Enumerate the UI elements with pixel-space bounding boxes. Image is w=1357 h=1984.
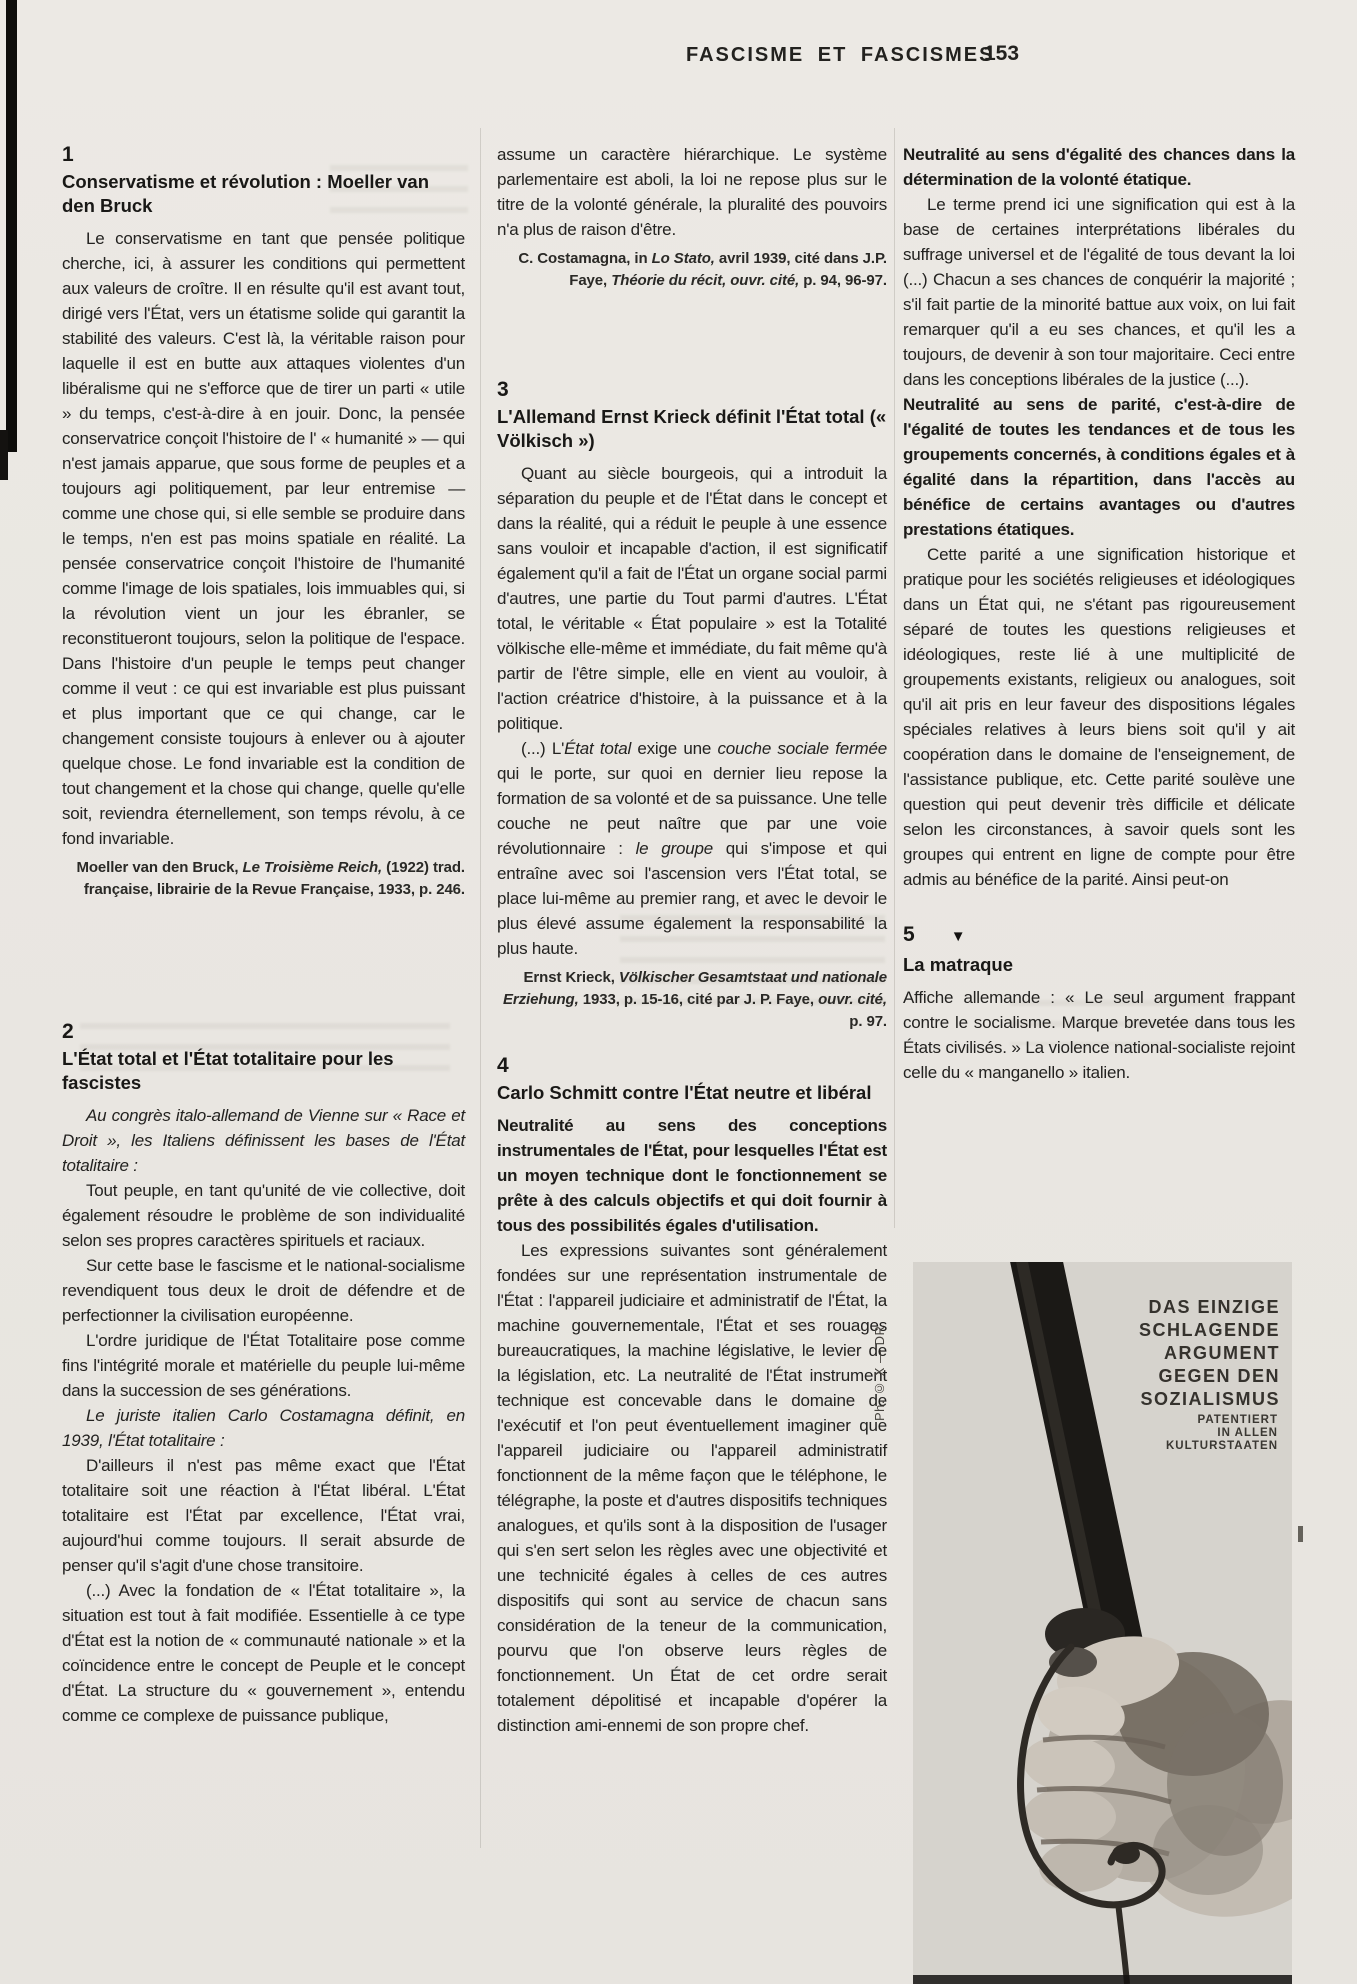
section-title: Conservatisme et révolution : Moeller va… (62, 170, 465, 218)
section-number: 1 (62, 142, 465, 167)
citation: C. Costamagna, in Lo Stato, avril 1939, … (497, 248, 887, 292)
paragraph: Quant au siècle bourgeois, qui a introdu… (497, 461, 887, 736)
section-4-continued: Neutralité au sens d'égalité des chances… (903, 142, 1295, 892)
section-number: 3 (497, 377, 887, 402)
paragraph: Sur cette base le fascisme et le nationa… (62, 1253, 465, 1328)
section-title: L'Allemand Ernst Krieck définit l'État t… (497, 405, 887, 453)
column-2: assume un caractère hiérarchique. Le sys… (497, 142, 887, 1738)
section-number: 5 (903, 922, 915, 947)
citation: Ernst Krieck, Völkischer Gesamtstaat und… (497, 967, 887, 1033)
section-3: 3 L'Allemand Ernst Krieck définit l'État… (497, 377, 887, 1033)
photo-caption: Affiche allemande : « Le seul argument f… (903, 985, 1295, 1085)
paragraph-lead: Neutralité au sens de parité, c'est-à-di… (903, 392, 1295, 542)
section-2: 2 L'État total et l'État totalitaire pou… (62, 1019, 465, 1728)
section-2-continued: assume un caractère hiérarchique. Le sys… (497, 142, 887, 292)
paragraph-lead: Neutralité au sens d'égalité des chances… (903, 142, 1295, 192)
section-4: 4 Carlo Schmitt contre l'État neutre et … (497, 1053, 887, 1738)
scan-smudge-artifact (0, 430, 8, 480)
paragraph: Tout peuple, en tant qu'unité de vie col… (62, 1178, 465, 1253)
column-divider (480, 128, 481, 1848)
photo-credit: Ph. © X — DR (872, 1226, 892, 1421)
paragraph: Les expressions suivantes sont généralem… (497, 1238, 887, 1738)
section-title: L'État total et l'État totalitaire pour … (62, 1047, 465, 1095)
paragraph: D'ailleurs il n'est pas même exact que l… (62, 1453, 465, 1578)
paragraph: Le terme prend ici une signification qui… (903, 192, 1295, 392)
citation: Moeller van den Bruck, Le Troisième Reic… (62, 857, 465, 901)
poster-subline: PATENTIERT IN ALLEN KULTURSTAATEN (1166, 1414, 1278, 1453)
section-1: 1 Conservatisme et révolution : Moeller … (62, 142, 465, 901)
paragraph: L'ordre juridique de l'État Totalitaire … (62, 1328, 465, 1403)
section-title: Carlo Schmitt contre l'État neutre et li… (497, 1081, 887, 1105)
section-title: La matraque (903, 953, 1295, 977)
scan-edge-artifact (6, 0, 17, 452)
section-5: 5 ▼ La matraque Affiche allemande : « Le… (903, 922, 1295, 1085)
paragraph: Cette parité a une signification histori… (903, 542, 1295, 892)
section-number: 4 (497, 1053, 887, 1078)
triangle-marker-icon: ▼ (951, 929, 966, 944)
paragraph-italic: Le juriste italien Carlo Costamagna défi… (62, 1403, 465, 1453)
section-number: 2 (62, 1019, 465, 1044)
paragraph-italic: Au congrès italo-allemand de Vienne sur … (62, 1103, 465, 1178)
column-divider (894, 128, 895, 1228)
page-number: 153 (984, 42, 1019, 66)
poster-headline: DAS EINZIGE SCHLAGENDE ARGUMENT GEGEN DE… (1139, 1296, 1280, 1411)
paragraph: assume un caractère hiérarchique. Le sys… (497, 142, 887, 242)
paragraph: (...) L'État total exige une couche soci… (497, 736, 887, 961)
column-3: Neutralité au sens d'égalité des chances… (903, 142, 1295, 1085)
scan-mark-artifact (1298, 1526, 1303, 1542)
paragraph-lead: Neutralité au sens des conceptions instr… (497, 1113, 887, 1238)
paragraph: Le conservatisme en tant que pensée poli… (62, 226, 465, 851)
truncheon-photo: DAS EINZIGE SCHLAGENDE ARGUMENT GEGEN DE… (913, 1262, 1292, 1984)
running-header: FASCISME ET FASCISMES (686, 44, 994, 67)
column-1: 1 Conservatisme et révolution : Moeller … (62, 142, 465, 1728)
book-page: FASCISME ET FASCISMES 153 1 Conservatism… (0, 0, 1357, 1984)
paragraph: (...) Avec la fondation de « l'État tota… (62, 1578, 465, 1728)
